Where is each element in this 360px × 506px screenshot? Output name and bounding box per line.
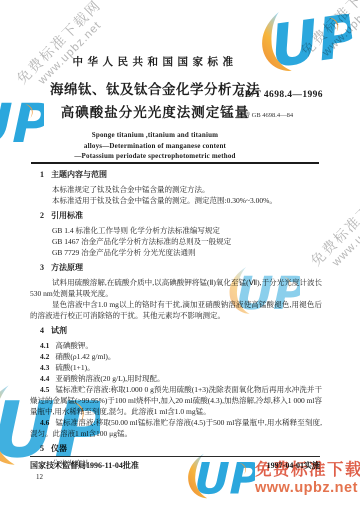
section-number: 3 [40,263,44,272]
reference-item: GB 1467 冶金产品化学分析方法标准的总则及一般规定 [30,236,322,247]
section-heading-4: 4试剂 [30,326,322,336]
up-logo-icon [0,88,44,152]
section-title: 主题内容与范围 [51,170,107,179]
title-en-line2: alloys—Determination of manganese conten… [30,141,280,152]
header: 中华人民共和国国家标准 海绵钛、钛及钛合金化学分析方法 高碘酸盐分光光度法测定锰… [30,54,280,162]
branding-text: 免费标准下载网 www.upbz.net [255,456,360,496]
branding-site-name: 免费标准下载网 [255,456,360,480]
section-title: 引用标准 [51,211,83,220]
title-en-line3: —Potassium periodate spectrophotometric … [30,151,280,162]
branding-site-url: www.upbz.net [255,480,360,496]
item-number: 4.2 [40,352,49,361]
section-heading-1: 1主题内容与范围 [30,170,322,180]
list-item: 4.3硫酸(1+1)。 [30,362,322,373]
site-branding: 免费标准下载网 www.upbz.net [181,450,360,502]
list-item: 4.2硝酸(ρ1.42 g/ml)。 [30,351,322,362]
paragraph: 本标准规定了钛及钛合金中锰含量的测定方法。 [30,184,322,195]
item-number: 4.3 [40,363,49,372]
section-title: 方法原理 [51,263,83,272]
section-heading-2: 2引用标准 [30,211,322,221]
reference-item: GB 1.4 标准化工作导则 化学分析方法标准编写规定 [30,225,322,236]
document-page: UP 免费标准下载网 www.upbz.net 免费标准下载网 www.upbz… [0,0,360,506]
national-standard-label: 中华人民共和国国家标准 [30,54,280,69]
standard-number: GB/T 4698.4—1996 [237,90,323,100]
section-number: 4 [40,326,44,335]
item-text: 硝酸(ρ1.42 g/ml)。 [55,352,115,361]
title-english: Sponge titanium ,titanium and titanium a… [30,130,280,162]
page-number: 12 [36,473,43,481]
item-text: 高碘酸钾。 [55,341,93,350]
section-title: 试剂 [51,326,67,335]
paragraph: 本标准适用于钛及钛合金中锰含量的测定。测定范围:0.30%~3.00%。 [30,195,322,206]
reference-item: GB 7729 冶金产品化学分析 分光光度法通则 [30,247,322,258]
header-divider [31,162,319,164]
up-logo-icon [248,0,357,81]
item-number: 4.1 [40,341,49,350]
up-logo-icon [0,378,100,472]
section-number: 1 [40,170,44,179]
up-logo-icon [181,450,255,502]
title-en-line1: Sponge titanium ,titanium and titanium [30,130,280,141]
section-number: 2 [40,211,44,220]
list-item: 4.1高碘酸钾。 [30,340,322,351]
item-text: 硫酸(1+1)。 [55,363,94,372]
up-logo-icon [222,263,300,318]
replaces-note: 代替 GB 4698.4—84 [237,110,293,119]
